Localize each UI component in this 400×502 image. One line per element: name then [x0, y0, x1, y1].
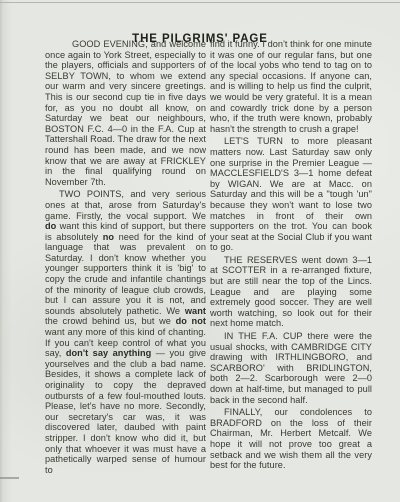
scan-top-edge-line — [0, 2, 400, 3]
body-text: GOOD EVENING, and welcome once again to … — [45, 39, 206, 187]
paragraph: GOOD EVENING, and welcome once again to … — [45, 39, 206, 187]
emphasis-text: no — [103, 232, 114, 242]
body-text: — you give yourselves and the club a bad… — [45, 348, 206, 475]
body-text: LET'S TURN to more pleasant matters now.… — [210, 136, 372, 252]
paragraph: IN THE F.A. CUP there were the usual sho… — [210, 331, 372, 405]
paragraph: find it funny. I don't think for one min… — [210, 39, 372, 134]
body-text: need for the kind of language that was p… — [45, 232, 206, 316]
body-text: the crowd behind us, but we — [45, 316, 176, 326]
emphasis-text: don't say anything — [66, 348, 151, 358]
programme-page-scan: THE PILGRIMS' PAGE GOOD EVENING, and wel… — [0, 0, 400, 502]
scan-artifact-line — [0, 477, 19, 479]
text-column-right: find it funny. I don't think for one min… — [210, 39, 372, 471]
body-text: THE RESERVES went down 3—1 at SCOTTER in… — [210, 255, 372, 329]
body-text: FINALLY, our condolences to BRADFORD on … — [210, 407, 372, 470]
paragraph: TWO POINTS, and very serious ones at tha… — [45, 189, 206, 475]
text-column-left: GOOD EVENING, and welcome once again to … — [45, 39, 206, 475]
body-text: IN THE F.A. CUP there were the usual sho… — [210, 331, 372, 405]
emphasis-text: do — [45, 221, 56, 231]
paragraph: THE RESERVES went down 3—1 at SCOTTER in… — [210, 255, 372, 329]
body-text: find it funny. I don't think for one min… — [210, 39, 372, 134]
paragraph: FINALLY, our condolences to BRADFORD on … — [210, 407, 372, 471]
body-text: TWO POINTS, and very serious ones at tha… — [45, 189, 206, 220]
paragraph: LET'S TURN to more pleasant matters now.… — [210, 136, 372, 253]
emphasis-text: want — [185, 306, 206, 316]
emphasis-text: do not — [176, 316, 206, 326]
